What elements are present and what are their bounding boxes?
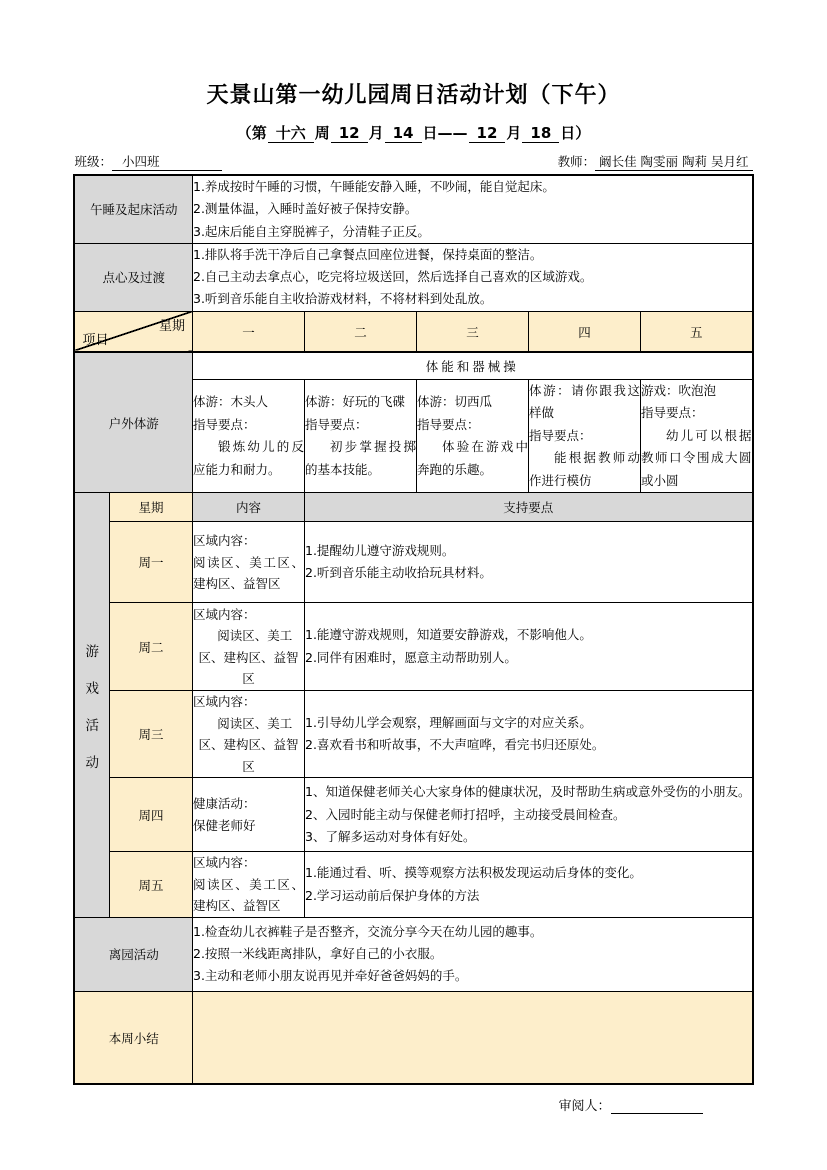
support-item: 1.提醒幼儿遵守游戏规则。 <box>305 540 752 562</box>
nap-section-content: 1.养成按时午睡的习惯，午睡能安静入睡，不吵闹，能自觉起床。 2.测量体温，入睡… <box>193 175 753 243</box>
guide-label: 指导要点： <box>305 414 416 437</box>
content-body: 阅读区、美工区、建构区、益智区 <box>193 552 304 595</box>
subtitle-week-char: 周 <box>314 124 331 142</box>
corner-project-label: 项目 <box>82 329 108 348</box>
document-page: 天景山第一幼儿园周日活动计划（下午） （第十六周12月14日——12月18日） … <box>0 0 827 1170</box>
content-cell: 区域内容： 阅读区、美工区、建构区、益智区 <box>193 522 305 603</box>
outdoor-thu-cell: 体游：请你跟我这样做 指导要点： 能根据教师动作进行模仿 <box>529 379 641 493</box>
game-title: 体游：木头人 <box>193 391 304 414</box>
outdoor-banner-row: 户外体游 体能和器械操 <box>74 352 752 379</box>
outdoor-tue-cell: 体游：好玩的飞碟 指导要点： 初步掌握投掷的基本技能。 <box>305 379 417 493</box>
day-header-thu: 四 <box>529 311 641 352</box>
day-header-tue: 二 <box>305 311 417 352</box>
game-title: 体游：请你跟我这样做 <box>529 380 640 425</box>
class-field: 班级：小四班 <box>75 152 223 171</box>
support-item: 1.能通过看、听、摸等观察方法积极发现运动后身体的变化。 <box>305 862 752 884</box>
week-number-field: 十六 <box>268 125 314 143</box>
corner-week-label: 星期 <box>159 315 185 334</box>
leave-section-label: 离园活动 <box>74 917 192 991</box>
guide-text: 锻炼幼儿的反应能力和耐力。 <box>193 436 304 481</box>
summary-content-field[interactable] <box>193 991 753 1084</box>
content-body: 保健老师好 <box>193 815 304 837</box>
games-content-header: 内容 <box>193 493 305 522</box>
support-item: 1.能遵守游戏规则，知道要安静游戏，不影响他人。 <box>305 624 752 646</box>
subtitle-prefix: （第 <box>236 124 268 142</box>
teacher-value: 阚长佳 陶雯丽 陶莉 吴月红 <box>595 152 752 171</box>
guide-text: 初步掌握投掷的基本技能。 <box>305 436 416 481</box>
reviewer-line: 审阅人： <box>75 1095 753 1114</box>
subtitle: （第十六周12月14日——12月18日） <box>0 122 827 143</box>
games-row-tue: 周二 区域内容： 阅读区、美工区、建构区、益智区 1.能遵守游戏规则，知道要安静… <box>74 603 752 691</box>
teacher-label: 教师： <box>558 154 596 169</box>
leave-item: 1.检查幼儿衣裤鞋子是否整齐，交流分享今天在幼儿园的趣事。 <box>193 921 752 943</box>
content-head: 健康活动： <box>193 793 304 815</box>
content-cell: 区域内容： 阅读区、美工区、建构区、益智区 <box>193 691 305 778</box>
support-item: 2.同伴有困难时，愿意主动帮助别人。 <box>305 647 752 669</box>
end-month-field: 12 <box>469 125 506 143</box>
support-item: 2.喜欢看书和听故事，不大声喧哗，看完书归还原处。 <box>305 734 752 756</box>
outdoor-banner: 体能和器械操 <box>193 352 753 379</box>
outdoor-mon-cell: 体游：木头人 指导要点： 锻炼幼儿的反应能力和耐力。 <box>193 379 305 493</box>
guide-label: 指导要点： <box>417 414 528 437</box>
snack-item: 3.听到音乐能自主收拾游戏材料，不将材料到处乱放。 <box>193 288 752 310</box>
content-head: 区域内容： <box>193 604 304 626</box>
reviewer-signature-field[interactable] <box>611 1100 703 1114</box>
guide-label: 指导要点： <box>529 425 640 448</box>
content-cell: 区域内容： 阅读区、美工区、建构区、益智区 <box>193 852 305 918</box>
content-cell: 区域内容： 阅读区、美工区、建构区、益智区 <box>193 603 305 691</box>
nap-section-label: 午睡及起床活动 <box>74 175 192 243</box>
start-day-field: 14 <box>385 125 422 143</box>
outdoor-section-label: 户外体游 <box>74 352 192 493</box>
day-label: 周二 <box>109 603 192 691</box>
activity-plan-table: 午睡及起床活动 1.养成按时午睡的习惯，午睡能安静入睡，不吵闹，能自觉起床。 2… <box>73 174 753 1085</box>
meta-row: 班级：小四班 教师：阚长佳 陶雯丽 陶莉 吴月红 <box>75 152 753 171</box>
content-body: 阅读区、美工区、建构区、益智区 <box>193 874 304 917</box>
games-label-char: 游 <box>85 640 99 660</box>
leave-item: 3.主动和老师小朋友说再见并牵好爸爸妈妈的手。 <box>193 965 752 987</box>
support-item: 2.听到音乐能主动收拾玩具材料。 <box>305 562 752 584</box>
game-title: 游戏：吹泡泡 <box>641 380 752 403</box>
start-month-field: 12 <box>331 125 368 143</box>
games-section-label: 游 戏 活 动 <box>74 493 109 918</box>
content-head: 区域内容： <box>193 852 304 874</box>
content-head: 区域内容： <box>193 691 304 713</box>
guide-text: 能根据教师动作进行模仿 <box>529 447 640 492</box>
snack-item: 2.自己主动去拿点心，吃完将垃圾送回，然后选择自己喜欢的区域游戏。 <box>193 266 752 288</box>
content-cell: 健康活动： 保健老师好 <box>193 778 305 852</box>
nap-row: 午睡及起床活动 1.养成按时午睡的习惯，午睡能安静入睡，不吵闹，能自觉起床。 2… <box>74 175 752 243</box>
content-body: 阅读区、美工区、建构区、益智区 <box>193 625 304 690</box>
support-cell: 1.能遵守游戏规则，知道要安静游戏，不影响他人。 2.同伴有困难时，愿意主动帮助… <box>305 603 753 691</box>
nap-item: 2.测量体温，入睡时盖好被子保持安静。 <box>193 198 752 220</box>
support-item: 1.引导幼儿学会观察，理解画面与文字的对应关系。 <box>305 712 752 734</box>
content-body: 阅读区、美工区、建构区、益智区 <box>193 713 304 778</box>
outdoor-wed-cell: 体游：切西瓜 指导要点： 体验在游戏中奔跑的乐趣。 <box>417 379 529 493</box>
games-support-header: 支持要点 <box>305 493 753 522</box>
support-item: 1、知道保健老师关心大家身体的健康状况，及时帮助生病或意外受伤的小朋友。 <box>305 781 752 803</box>
leave-row: 离园活动 1.检查幼儿衣裤鞋子是否整齐，交流分享今天在幼儿园的趣事。 2.按照一… <box>74 917 752 991</box>
game-title: 体游：好玩的飞碟 <box>305 391 416 414</box>
teacher-field: 教师：阚长佳 陶雯丽 陶莉 吴月红 <box>558 152 753 171</box>
subtitle-dash: 日—— <box>422 124 469 142</box>
support-item: 2.学习运动前后保护身体的方法 <box>305 885 752 907</box>
guide-label: 指导要点： <box>641 402 752 425</box>
subtitle-suffix: 日） <box>559 124 591 142</box>
games-label-char: 动 <box>85 751 99 771</box>
day-label: 周四 <box>109 778 192 852</box>
support-item: 3、了解多运动对身体有好处。 <box>305 826 752 848</box>
games-week-header: 星期 <box>109 493 192 522</box>
games-row-fri: 周五 区域内容： 阅读区、美工区、建构区、益智区 1.能通过看、听、摸等观察方法… <box>74 852 752 918</box>
games-row-thu: 周四 健康活动： 保健老师好 1、知道保健老师关心大家身体的健康状况，及时帮助生… <box>74 778 752 852</box>
leave-section-content: 1.检查幼儿衣裤鞋子是否整齐，交流分享今天在幼儿园的趣事。 2.按照一米线距离排… <box>193 917 753 991</box>
support-cell: 1.提醒幼儿遵守游戏规则。 2.听到音乐能主动收拾玩具材料。 <box>305 522 753 603</box>
games-label-char: 活 <box>85 714 99 734</box>
summary-row: 本周小结 <box>74 991 752 1084</box>
game-title: 体游：切西瓜 <box>417 391 528 414</box>
support-item: 2、入园时能主动与保健老师打招呼，主动接受晨间检查。 <box>305 804 752 826</box>
games-header-row: 游 戏 活 动 星期 内容 支持要点 <box>74 493 752 522</box>
week-header-row: 星期 项目 一 二 三 四 五 <box>74 311 752 352</box>
end-day-field: 18 <box>522 125 559 143</box>
snack-item: 1.排队将手洗干净后自己拿餐点回座位进餐，保持桌面的整洁。 <box>193 244 752 266</box>
content-head: 区域内容： <box>193 530 304 552</box>
guide-text: 幼儿可以根据教师口令围成大圆或小圆 <box>641 425 752 493</box>
nap-item: 3.起床后能自主穿脱裤子，分清鞋子正反。 <box>193 221 752 243</box>
leave-item: 2.按照一米线距离排队，拿好自己的小衣服。 <box>193 943 752 965</box>
day-label: 周三 <box>109 691 192 778</box>
subtitle-month-char2: 月 <box>505 124 522 142</box>
games-vertical-label: 游 戏 活 动 <box>75 640 109 771</box>
class-label: 班级： <box>75 154 113 169</box>
day-header-mon: 一 <box>193 311 305 352</box>
day-label: 周一 <box>109 522 192 603</box>
summary-section-label: 本周小结 <box>74 991 192 1084</box>
games-row-mon: 周一 区域内容： 阅读区、美工区、建构区、益智区 1.提醒幼儿遵守游戏规则。 2… <box>74 522 752 603</box>
guide-label: 指导要点： <box>193 414 304 437</box>
snack-section-label: 点心及过渡 <box>74 243 192 311</box>
nap-item: 1.养成按时午睡的习惯，午睡能安静入睡，不吵闹，能自觉起床。 <box>193 176 752 198</box>
day-header-wed: 三 <box>417 311 529 352</box>
support-cell: 1.能通过看、听、摸等观察方法积极发现运动后身体的变化。 2.学习运动前后保护身… <box>305 852 753 918</box>
day-header-fri: 五 <box>641 311 753 352</box>
support-cell: 1.引导幼儿学会观察，理解画面与文字的对应关系。 2.喜欢看书和听故事，不大声喧… <box>305 691 753 778</box>
snack-row: 点心及过渡 1.排队将手洗干净后自己拿餐点回座位进餐，保持桌面的整洁。 2.自己… <box>74 243 752 311</box>
reviewer-label: 审阅人： <box>558 1099 610 1114</box>
support-cell: 1、知道保健老师关心大家身体的健康状况，及时帮助生病或意外受伤的小朋友。 2、入… <box>305 778 753 852</box>
outdoor-fri-cell: 游戏：吹泡泡 指导要点： 幼儿可以根据教师口令围成大圆或小圆 <box>641 379 753 493</box>
guide-text: 体验在游戏中奔跑的乐趣。 <box>417 436 528 481</box>
games-row-wed: 周三 区域内容： 阅读区、美工区、建构区、益智区 1.引导幼儿学会观察，理解画面… <box>74 691 752 778</box>
snack-section-content: 1.排队将手洗干净后自己拿餐点回座位进餐，保持桌面的整洁。 2.自己主动去拿点心… <box>193 243 753 311</box>
day-label: 周五 <box>109 852 192 918</box>
diagonal-corner-cell: 星期 项目 <box>74 311 192 352</box>
page-title: 天景山第一幼儿园周日活动计划（下午） <box>0 78 827 109</box>
class-value: 小四班 <box>112 152 222 171</box>
games-label-char: 戏 <box>85 677 99 697</box>
subtitle-month-char1: 月 <box>368 124 385 142</box>
